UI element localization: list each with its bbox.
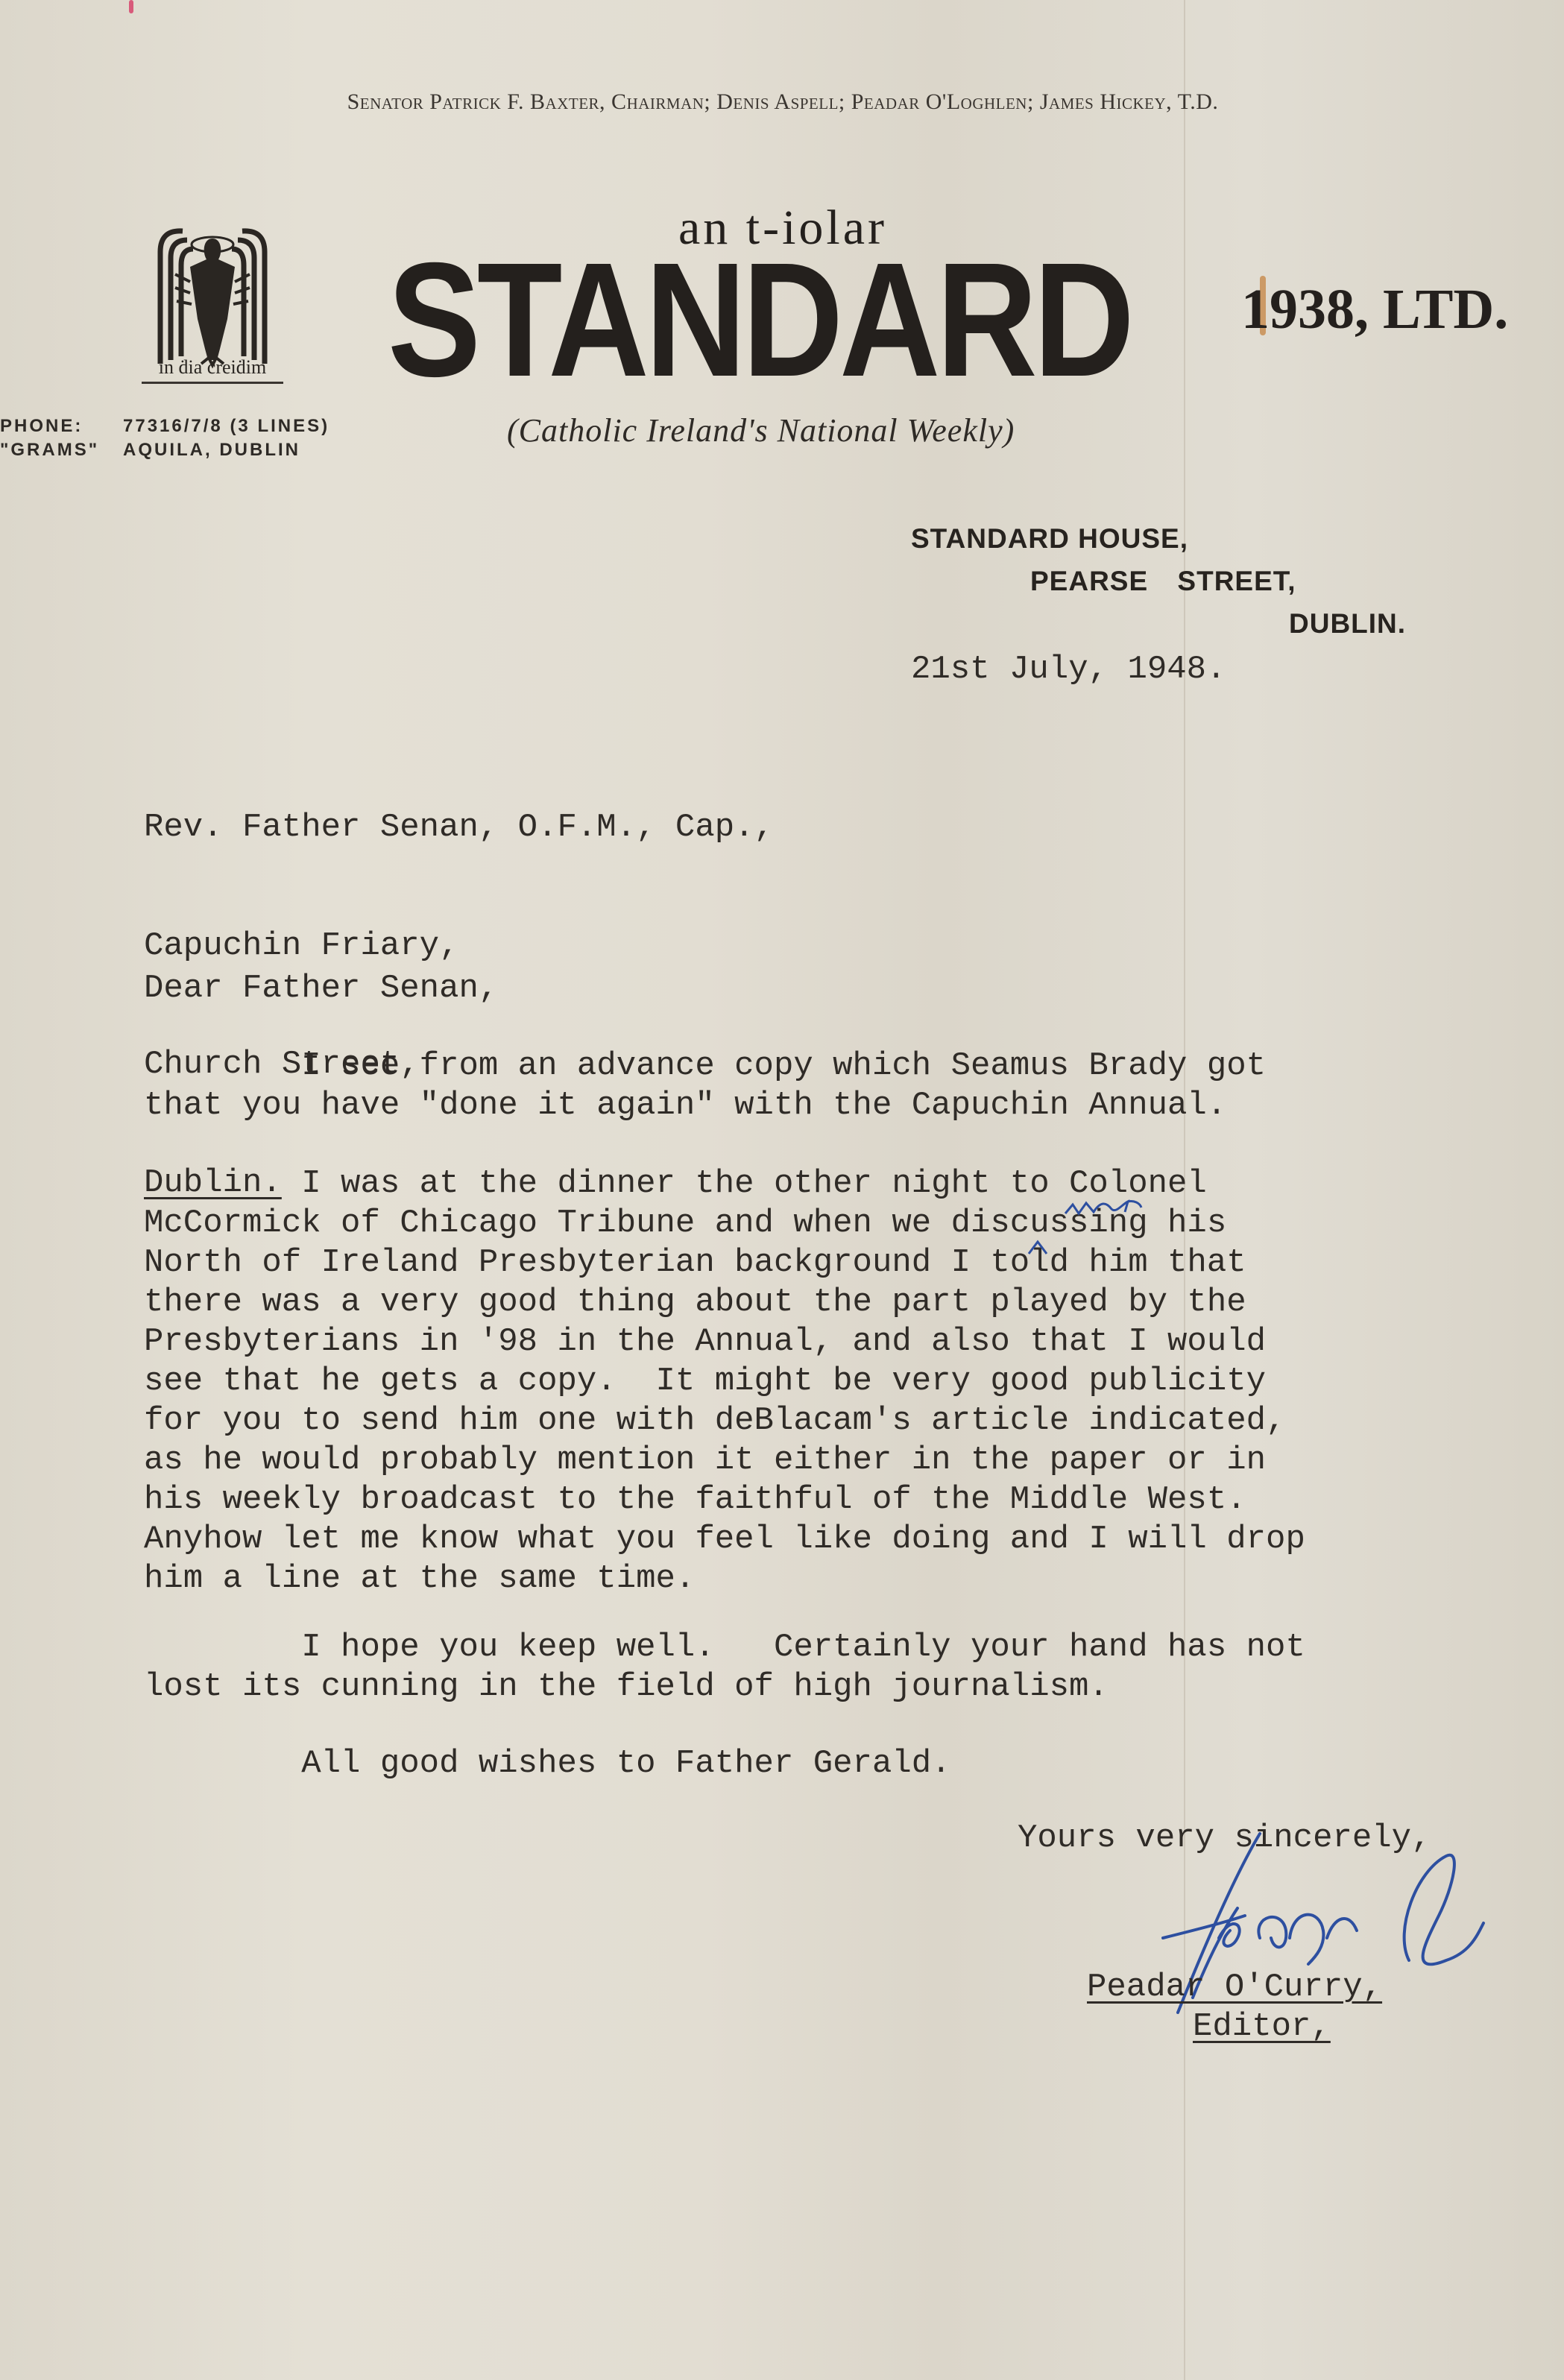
paragraph-3: I hope you keep well. Certainly your han… <box>144 1628 1305 1707</box>
letter-date: 21st July, 1948. <box>911 650 1226 689</box>
grams-value: AQUILA, DUBLIN <box>123 438 300 462</box>
address-line-1: STANDARD HOUSE, <box>911 517 1406 560</box>
logo-motto: in ḋia creiḋim <box>142 356 283 384</box>
salutation: Dear Father Senan, <box>144 969 498 1008</box>
red-pencil-mark <box>129 0 133 13</box>
phone-value: 77316/7/8 (3 LINES) <box>123 414 329 438</box>
signer-name-text: Peadar O'Curry, <box>1087 1969 1382 2006</box>
paragraph-1: I see from an advance copy which Seamus … <box>144 1047 1266 1126</box>
recipient-line-1: Rev. Father Senan, O.F.M., Cap., <box>144 808 774 847</box>
sender-address: STANDARD HOUSE, PEARSE STREET, DUBLIN. <box>911 517 1406 645</box>
recipient-line-2: Capuchin Friary, <box>144 927 774 966</box>
phone-label: PHONE: <box>0 414 123 438</box>
handwritten-insertion-were <box>1062 1193 1144 1222</box>
signer-title: Editor, <box>1193 2007 1331 2047</box>
paragraph-2: I was at the dinner the other night to C… <box>144 1164 1305 1599</box>
paragraph-4: All good wishes to Father Gerald. <box>144 1744 951 1784</box>
address-line-3: DUBLIN. <box>911 602 1406 645</box>
masthead-title: STANDARD <box>388 239 1068 403</box>
contact-block: PHONE:77316/7/8 (3 LINES) "GRAMS"AQUILA,… <box>0 414 329 462</box>
tagline: (Catholic Ireland's National Weekly) <box>507 411 1015 449</box>
directors-line: Senator Patrick F. Baxter, Chairman; Den… <box>224 89 1342 115</box>
company-suffix: 1938, LTD. <box>1241 277 1508 342</box>
grams-label: "GRAMS" <box>0 438 123 462</box>
caret-insertion-mark <box>1027 1239 1048 1257</box>
address-line-2: PEARSE STREET, <box>911 560 1406 602</box>
signer-name: Peadar O'Curry, <box>1087 1968 1382 2007</box>
